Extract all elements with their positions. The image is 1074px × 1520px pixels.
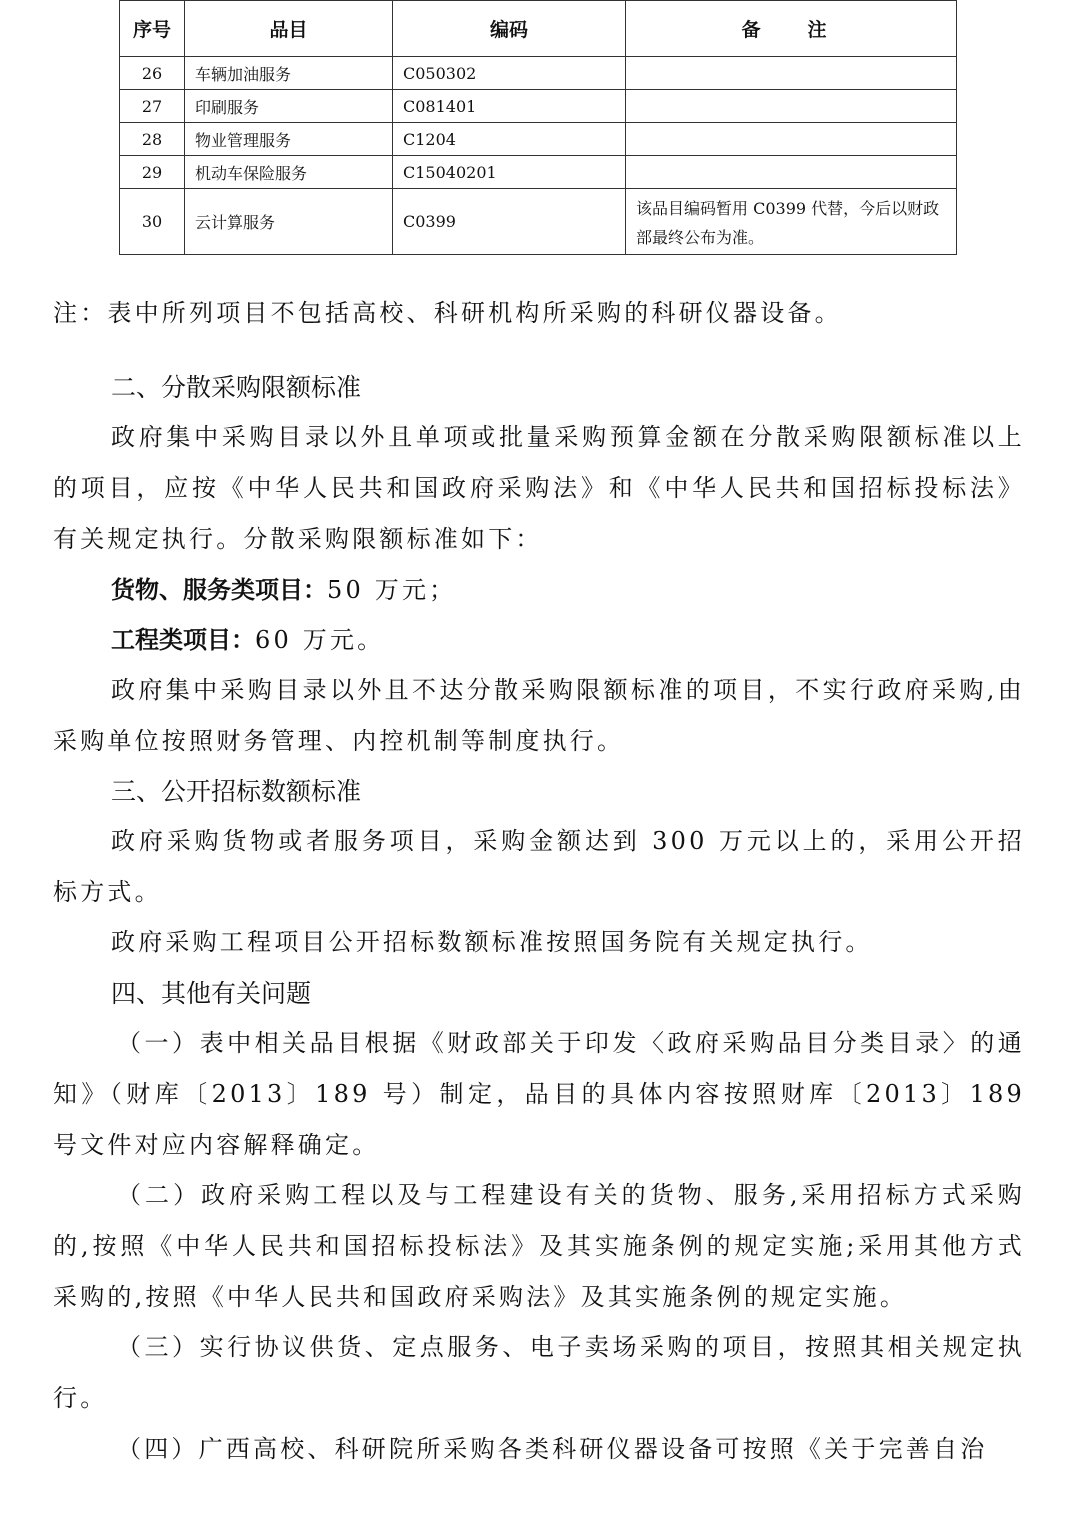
table-row: 27 印刷服务 C081401 <box>120 90 957 123</box>
section-4-heading: 四、其他有关问题 <box>111 968 311 1019</box>
goods-services-threshold: 货物、服务类项目：50 万元； <box>111 565 1011 616</box>
cell-code: C050302 <box>393 57 626 90</box>
cell-code: C081401 <box>393 90 626 123</box>
works-threshold: 工程类项目：60 万元。 <box>111 615 1011 666</box>
cell-item: 机动车保险服务 <box>185 156 393 189</box>
cell-serial-no: 29 <box>120 156 185 189</box>
table-row: 30 云计算服务 C0399 该品目编码暂用 C0399 代替，今后以财政部最终… <box>120 189 957 255</box>
cell-remark <box>626 156 957 189</box>
cell-serial-no: 28 <box>120 123 185 156</box>
section-4-item-3: （三）实行协议供货、定点服务、电子卖场采购的项目，按照其相关规定执行。 <box>53 1322 1025 1424</box>
section-4-item-4: （四）广西高校、科研院所采购各类科研仪器设备可按照《关于完善自治 <box>53 1424 1025 1475</box>
works-value: 60 万元。 <box>255 626 384 654</box>
section-4-item-1: （一）表中相关品目根据《财政部关于印发〈政府采购品目分类目录〉的通知》（财库〔2… <box>53 1018 1025 1171</box>
section-2-paragraph-1: 政府集中采购目录以外且单项或批量采购预算金额在分散采购限额标准以上的项目，应按《… <box>53 412 1025 565</box>
cell-remark <box>626 123 957 156</box>
goods-services-label: 货物、服务类项目： <box>111 576 327 604</box>
cell-item: 云计算服务 <box>185 189 393 255</box>
header-item: 品目 <box>185 1 393 57</box>
cell-serial-no: 30 <box>120 189 185 255</box>
section-3-heading: 三、公开招标数额标准 <box>111 766 361 817</box>
cell-code: C0399 <box>393 189 626 255</box>
cell-item: 车辆加油服务 <box>185 57 393 90</box>
header-remark: 备 注 <box>626 1 957 57</box>
cell-item: 印刷服务 <box>185 90 393 123</box>
cell-remark: 该品目编码暂用 C0399 代替，今后以财政部最终公布为准。 <box>626 189 957 255</box>
cell-serial-no: 26 <box>120 57 185 90</box>
goods-services-value: 50 万元； <box>327 576 456 604</box>
cell-code: C15040201 <box>393 156 626 189</box>
cell-remark <box>626 57 957 90</box>
table-header-row: 序号 品目 编码 备 注 <box>120 1 957 57</box>
section-2-heading: 二、分散采购限额标准 <box>111 362 361 413</box>
section-4-item-2: （二）政府采购工程以及与工程建设有关的货物、服务,采用招标方式采购的,按照《中华… <box>53 1170 1025 1323</box>
table-row: 29 机动车保险服务 C15040201 <box>120 156 957 189</box>
procurement-catalog-table: 序号 品目 编码 备 注 26 车辆加油服务 C050302 27 印刷服务 C… <box>119 0 957 255</box>
cell-item: 物业管理服务 <box>185 123 393 156</box>
section-2-paragraph-2: 政府集中采购目录以外且不达分散采购限额标准的项目，不实行政府采购,由采购单位按照… <box>53 665 1025 767</box>
cell-code: C1204 <box>393 123 626 156</box>
header-code: 编码 <box>393 1 626 57</box>
table-row: 26 车辆加油服务 C050302 <box>120 57 957 90</box>
section-3-paragraph-2: 政府采购工程项目公开招标数额标准按照国务院有关规定执行。 <box>53 917 1025 968</box>
table-footnote: 注：表中所列项目不包括高校、科研机构所采购的科研仪器设备。 <box>53 288 1025 339</box>
section-3-paragraph-1: 政府采购货物或者服务项目，采购金额达到 300 万元以上的，采用公开招标方式。 <box>53 816 1025 918</box>
header-serial-no: 序号 <box>120 1 185 57</box>
works-label: 工程类项目： <box>111 626 255 654</box>
table-row: 28 物业管理服务 C1204 <box>120 123 957 156</box>
cell-serial-no: 27 <box>120 90 185 123</box>
cell-remark <box>626 90 957 123</box>
